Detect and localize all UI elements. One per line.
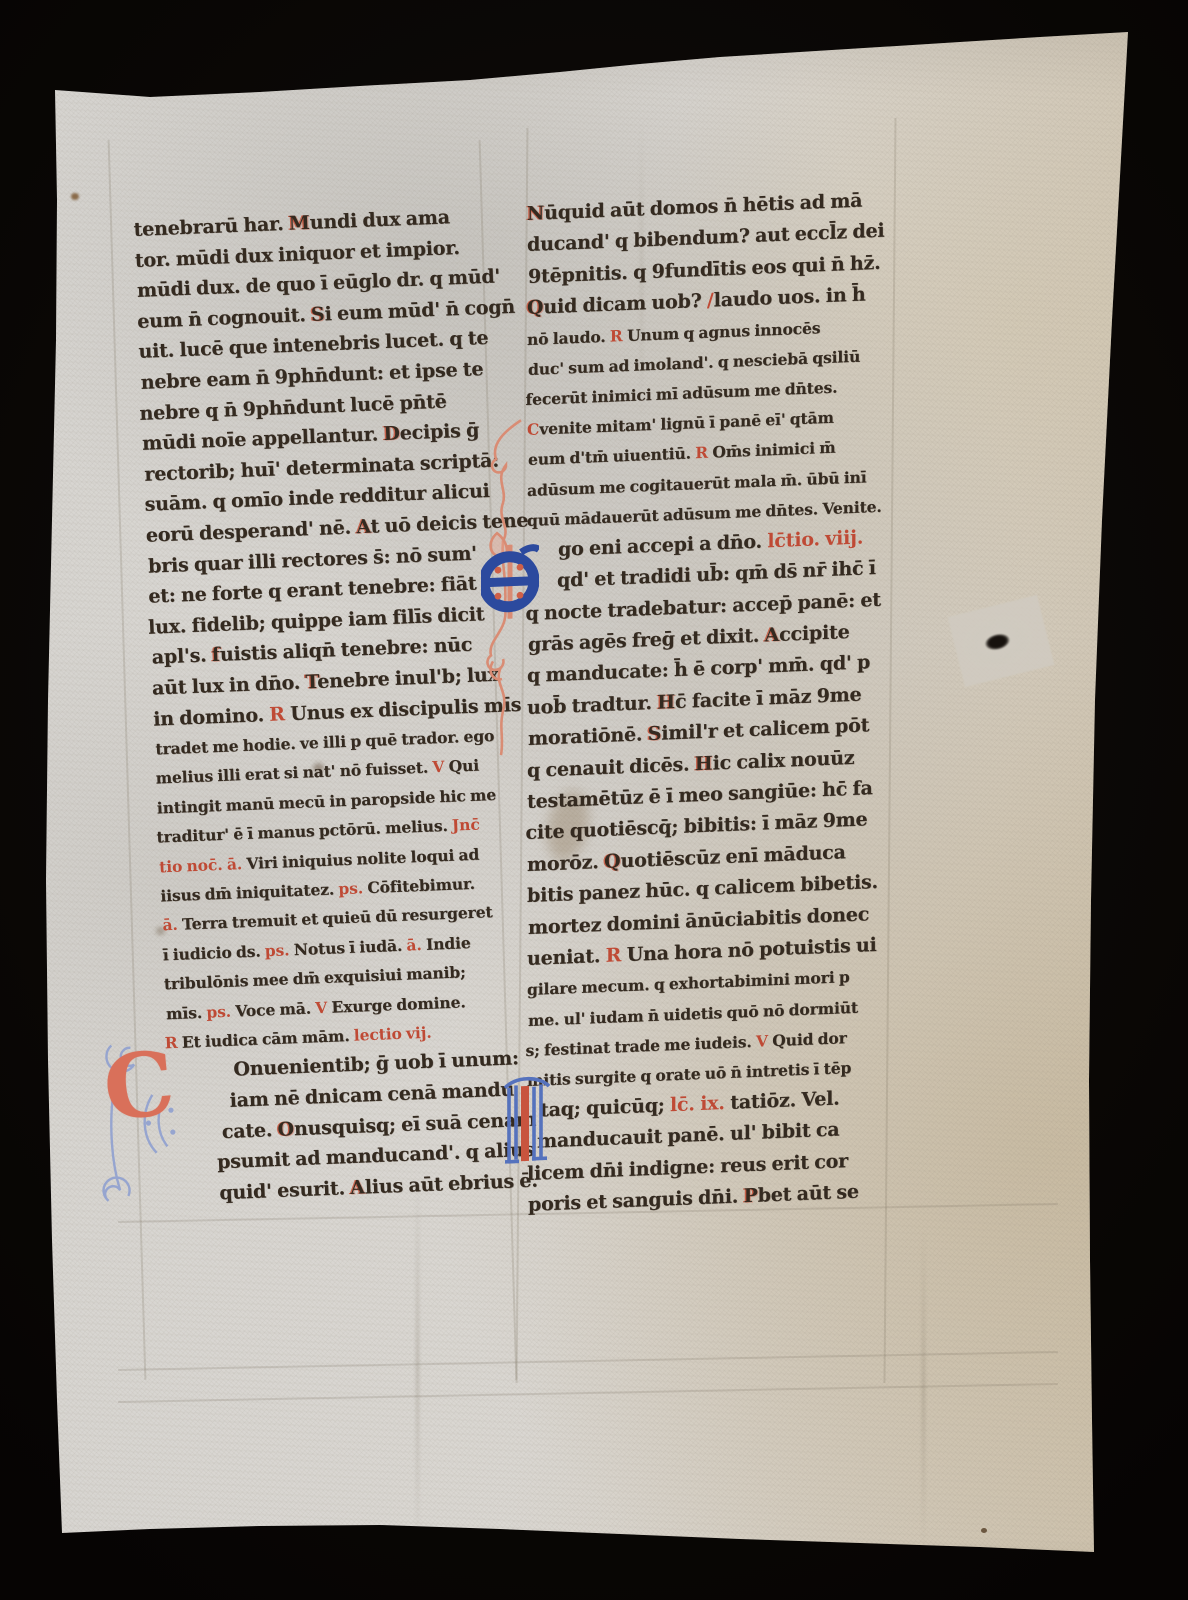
text-segment: enebre inul'b; lux [317, 664, 499, 693]
text-segment: D [383, 423, 400, 446]
text-segment: s; festinat trade me iudeis. [526, 1032, 757, 1060]
text-segment: ic calix nouūz [713, 746, 855, 774]
text-segment: Et iudica cām mām. [181, 1026, 354, 1052]
rubric-segment: ∕ [707, 290, 714, 312]
text-segment: eorū desperand' nē. [145, 516, 356, 546]
rubric-segment: ps. [206, 1001, 236, 1021]
text-segment: A [356, 516, 371, 539]
parchment-crease [922, 1230, 925, 1550]
text-segment: Una hora nō potuistis ui [627, 934, 877, 966]
text-segment: eum n̄ cognouit. [137, 304, 312, 333]
rubric-segment: lc̄tio. viij. [767, 526, 863, 552]
text-segment: Om̄s inimici m̄ [712, 438, 835, 462]
text-column-right: Nūquid aūt domos n̄ hētis ad māducand' q… [527, 184, 907, 1222]
rubric-segment: Jnc̄ [452, 815, 480, 835]
text-segment: quid' esurit. [219, 1177, 351, 1204]
text-segment: mīs. [166, 1002, 207, 1023]
text-segment: uid dicam uob? [543, 290, 707, 319]
text-segment: N [527, 202, 544, 225]
text-segment: undi dux ama [309, 206, 450, 234]
text-segment: Unum q agnus innocēs [627, 318, 820, 345]
text-segment: grās agēs freḡ et dixit. [528, 625, 765, 657]
text-segment: nusquisq; eī suā cenam [294, 1108, 537, 1140]
decorated-initial-I [501, 1072, 553, 1170]
rubric-segment: lectio vij. [353, 1023, 431, 1045]
initial-letter-C: C [100, 1038, 178, 1132]
photo-background: tenebrarū har. Mundi dux amator. mūdi du… [0, 0, 1188, 1600]
decorated-initial-E [481, 540, 539, 624]
text-segment: P [744, 1185, 758, 1208]
text-segment: H [695, 752, 713, 775]
initial-letter-E: E [527, 1222, 528, 1223]
text-segment: M [288, 212, 310, 235]
text-segment: Indie [426, 933, 471, 954]
text-segment: taq; quicūq; [540, 1094, 670, 1121]
text-segment: q cenauit dicēs. [527, 753, 695, 782]
rubric-segment: V [315, 997, 332, 1017]
text-segment: fecerūt inimici mī adūsum me dn̄tes. [526, 377, 838, 409]
text-segment: eum d'tm̄ uiuentiū. [528, 444, 695, 470]
rubric-segment: R [695, 443, 712, 463]
rubric-segment: R [269, 703, 291, 726]
text-segment: tenebrarū har. [133, 213, 289, 241]
text-segment: in domino. [153, 703, 270, 730]
text-segment: lius aūt ebrius ē. [364, 1169, 538, 1198]
text-segment: Notus ī iudā. [293, 935, 406, 959]
text-segment: mūdi noīe appellantur. [142, 423, 384, 455]
ruling-line-horizontal [118, 1351, 1058, 1371]
lines-right: Nūquid aūt domos n̄ hētis ad māducand' q… [527, 184, 907, 1222]
text-segment: ccipite [779, 621, 849, 646]
text-segment: Viri iniquius nolite loqui ad [246, 844, 480, 872]
text-segment: morōz. [527, 851, 604, 876]
text-segment: aūt lux in dn̄o. [152, 671, 306, 699]
manuscript-leaf: tenebrarū har. Mundi dux amator. mūdi du… [0, 0, 1188, 1600]
text-segment: Q [604, 850, 620, 873]
text-segment: S [648, 723, 662, 746]
rubric-segment: V [432, 757, 449, 777]
text-segment: Quid dor [772, 1028, 846, 1050]
rubric-segment: R [610, 326, 627, 346]
stain-spot [71, 193, 79, 200]
text-segment: uistis aliqn̄ tenebre: nūc [219, 634, 472, 666]
text-segment: laudo uos. in h̄ [714, 284, 866, 312]
text-segment: nō laudo. [527, 326, 610, 348]
text-segment: O [277, 1118, 294, 1141]
parchment-crease [416, 1180, 419, 1550]
text-segment: A [765, 624, 780, 647]
text-segment: uotiēscūz enī māduca [620, 841, 845, 872]
rubric-segment: R [606, 944, 627, 967]
rubric-segment: lc̄. ix. [670, 1092, 730, 1116]
initial-letter-I: I [527, 1222, 528, 1223]
stain-spot [981, 1528, 987, 1533]
text-segment: imil'r et calicem pōt [661, 714, 869, 744]
text-segment: cate. [221, 1119, 278, 1143]
text-segment: H [657, 691, 675, 714]
text-segment: poris et sanguis dn̄i. [528, 1186, 744, 1217]
text-segment: A [350, 1176, 365, 1199]
ruling-line-horizontal [118, 1383, 1058, 1403]
rubric-segment: V [756, 1031, 772, 1051]
text-segment: c̄ facite ī māz 9me [675, 683, 861, 712]
rubric-segment: ā. [406, 935, 426, 955]
text-segment: tatiōz. Vel. [730, 1088, 839, 1114]
rubric-segment: ā. [162, 915, 182, 935]
text-segment: iisus dm̄ iniquitatez. [160, 879, 339, 905]
text-segment: uob̄ tradtur. [527, 692, 657, 719]
decorated-initial-C: C [78, 1030, 194, 1239]
rubric-segment: tio noc̄. ā. [159, 854, 247, 876]
text-segment: apl's. [151, 645, 212, 669]
text-segment: ueniat. [527, 945, 606, 970]
rubric-segment: ps. [264, 940, 294, 960]
text-segment: go eni accepi a dn̄o. [558, 530, 767, 560]
text-segment: Voce mā. [235, 998, 316, 1020]
text-segment: moratiōnē. [528, 723, 648, 750]
text-segment: ī iudicio ds. [162, 941, 265, 964]
text-segment: Q [527, 297, 543, 320]
rubric-segment: ps. [338, 878, 368, 898]
text-segment: bet aūt se [758, 1181, 859, 1207]
text-segment: Cōfitebimur. [367, 874, 475, 897]
text-segment: ecipis ḡ [399, 419, 479, 444]
text-segment: Qui [448, 756, 479, 776]
parchment-hole [948, 595, 1055, 687]
text-segment: Exurge domine. [331, 992, 466, 1016]
text-segment: i eum mūd' n̄ cogn̄ [324, 296, 515, 326]
